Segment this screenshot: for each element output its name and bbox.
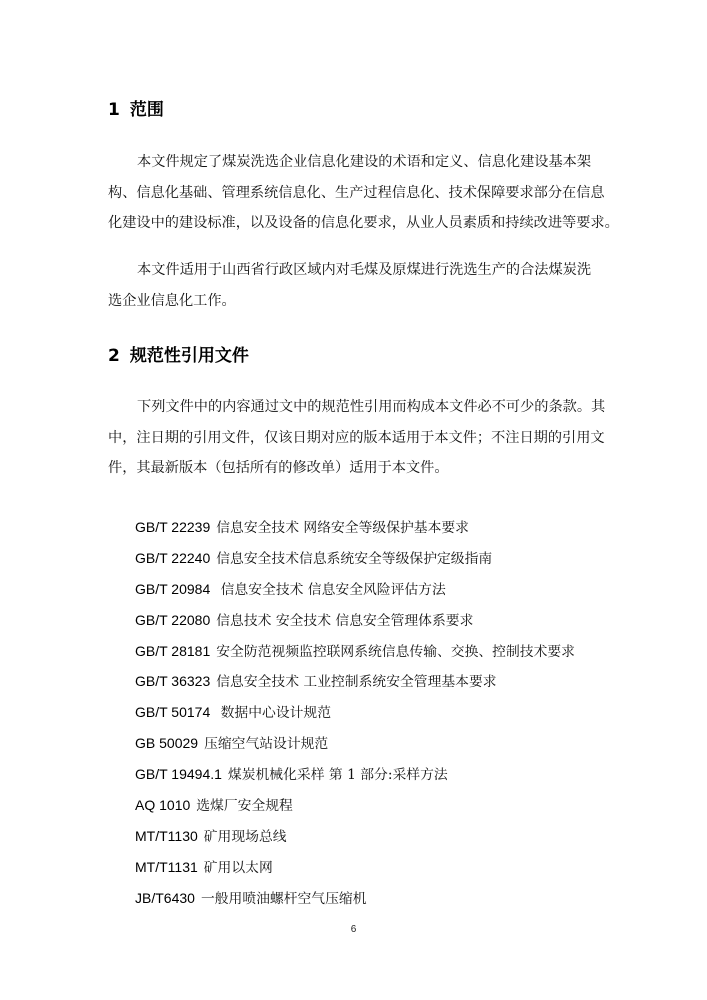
reference-title: 选煤厂安全规程 [196, 798, 293, 814]
reference-item: GB/T 20984 信息安全技术 信息安全风险评估方法 [135, 574, 575, 605]
reference-code: GB 50029 [135, 735, 198, 751]
text-line: 中，注日期的引用文件，仅该日期对应的版本适用于本文件；不注日期的引用文 [108, 423, 604, 454]
reference-item: MT/T1131矿用以太网 [135, 852, 575, 883]
reference-item: GB/T 22240信息安全技术信息系统安全等级保护定级指南 [135, 543, 575, 574]
reference-title: 矿用以太网 [204, 860, 273, 876]
reference-title: 一般用喷油螺杆空气压缩机 [201, 891, 367, 907]
reference-code: GB/T 36323 [135, 673, 210, 689]
reference-title: 信息安全技术 网络安全等级保护基本要求 [216, 520, 469, 536]
scope-paragraph-1: 本文件规定了煤炭洗选企业信息化建设的术语和定义、信息化建设基本架 构、信息化基础… [108, 147, 604, 239]
references-intro-paragraph: 下列文件中的内容通过文中的规范性引用而构成本文件必不可少的条款。其 中，注日期的… [108, 392, 604, 484]
section-number: 2 [108, 346, 120, 366]
text-line: 化建设中的建设标准，以及设备的信息化要求，从业人员素质和持续改进等要求。 [108, 208, 604, 239]
reference-code: GB/T 22239 [135, 519, 210, 535]
reference-list: GB/T 22239信息安全技术 网络安全等级保护基本要求 GB/T 22240… [135, 512, 575, 914]
section-title: 范围 [130, 100, 164, 120]
reference-title: 安全防范视频监控联网系统信息传输、交换、控制技术要求 [216, 644, 575, 660]
reference-item: MT/T1130矿用现场总线 [135, 821, 575, 852]
reference-item: GB/T 50174 数据中心设计规范 [135, 697, 575, 728]
reference-title: 矿用现场总线 [204, 829, 287, 845]
reference-code: GB/T 28181 [135, 643, 210, 659]
text-line: 本文件适用于山西省行政区域内对毛煤及原煤进行洗选生产的合法煤炭洗 [108, 255, 604, 286]
text-line: 本文件规定了煤炭洗选企业信息化建设的术语和定义、信息化建设基本架 [108, 147, 604, 178]
reference-item: AQ 1010选煤厂安全规程 [135, 790, 575, 821]
reference-code: JB/T6430 [135, 890, 195, 906]
section-number: 1 [108, 100, 120, 120]
section-heading-scope: 1范围 [108, 100, 164, 120]
reference-title: 压缩空气站设计规范 [204, 736, 328, 752]
reference-item: JB/T6430一般用喷油螺杆空气压缩机 [135, 883, 575, 914]
document-page: 1范围 本文件规定了煤炭洗选企业信息化建设的术语和定义、信息化建设基本架 构、信… [0, 0, 707, 1000]
text-line: 构、信息化基础、管理系统信息化、生产过程信息化、技术保障要求部分在信息 [108, 178, 604, 209]
text-line: 下列文件中的内容通过文中的规范性引用而构成本文件必不可少的条款。其 [108, 392, 604, 423]
reference-item: GB/T 22239信息安全技术 网络安全等级保护基本要求 [135, 512, 575, 543]
section-heading-normative-references: 2规范性引用文件 [108, 346, 249, 366]
reference-item: GB/T 36323信息安全技术 工业控制系统安全管理基本要求 [135, 666, 575, 697]
reference-code: GB/T 22080 [135, 612, 210, 628]
scope-paragraph-2: 本文件适用于山西省行政区域内对毛煤及原煤进行洗选生产的合法煤炭洗 选企业信息化工… [108, 255, 604, 316]
reference-title: 信息安全技术 信息安全风险评估方法 [216, 582, 446, 598]
reference-code: GB/T 19494.1 [135, 766, 222, 782]
reference-code: GB/T 22240 [135, 550, 210, 566]
reference-item: GB 50029压缩空气站设计规范 [135, 728, 575, 759]
reference-code: GB/T 50174 [135, 704, 210, 720]
reference-title: 数据中心设计规范 [216, 705, 331, 721]
page-number: 6 [0, 924, 707, 935]
text-line: 件，其最新版本（包括所有的修改单）适用于本文件。 [108, 453, 604, 484]
reference-code: MT/T1130 [135, 828, 198, 844]
reference-item: GB/T 19494.1煤炭机械化采样 第 1 部分:采样方法 [135, 759, 575, 790]
reference-item: GB/T 22080信息技术 安全技术 信息安全管理体系要求 [135, 605, 575, 636]
reference-item: GB/T 28181安全防范视频监控联网系统信息传输、交换、控制技术要求 [135, 636, 575, 667]
reference-title: 煤炭机械化采样 第 1 部分:采样方法 [228, 767, 448, 783]
reference-title: 信息安全技术信息系统安全等级保护定级指南 [216, 551, 492, 567]
reference-code: GB/T 20984 [135, 581, 210, 597]
reference-code: MT/T1131 [135, 859, 198, 875]
text-line: 选企业信息化工作。 [108, 286, 604, 317]
section-title: 规范性引用文件 [130, 346, 249, 366]
reference-title: 信息技术 安全技术 信息安全管理体系要求 [216, 613, 473, 629]
reference-code: AQ 1010 [135, 797, 190, 813]
reference-title: 信息安全技术 工业控制系统安全管理基本要求 [216, 674, 496, 690]
